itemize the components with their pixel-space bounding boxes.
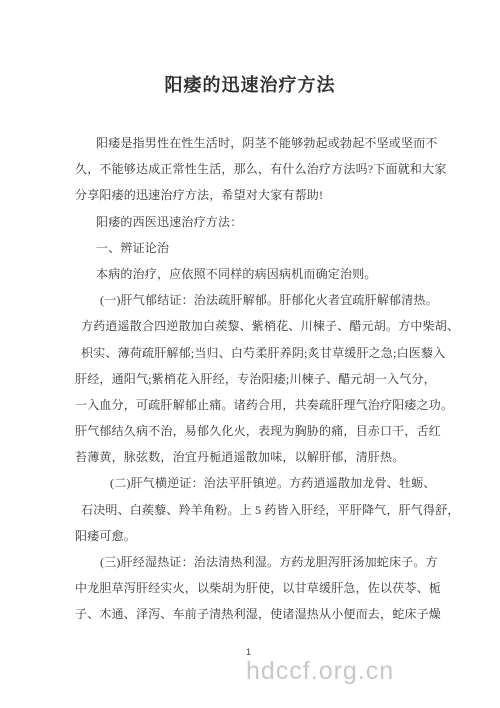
body-line: 一、辨证论治	[0, 235, 500, 261]
document-body: 阳痿是指男性在性生活时，阴茎不能够勃起或勃起不坚或坚而不 久，不能够达成正常性生…	[0, 130, 500, 628]
body-line: (二)肝气横逆证：治法平肝镇逆。方药逍遥散加龙骨、牡蛎、	[0, 470, 500, 496]
body-line: 石决明、白蒺藜、羚羊角粉。上 5 药皆入肝经，平肝降气，肝气得舒，	[0, 497, 500, 523]
body-line: 中龙胆草泻肝经实火，以柴胡为肝使，以甘草缓肝急，佐以茯苓、栀	[0, 575, 500, 601]
watermark-text: hdccf.org.cn	[246, 656, 394, 686]
body-line: 久，不能够达成正常性生活，那么，有什么治疗方法吗?下面就和大家	[0, 156, 500, 182]
body-line: 本病的治疗，应依照不同样的病因病机而确定治则。	[0, 261, 500, 287]
body-line: 方药逍遥散合四逆散加白蒺黎、紫梢花、川楝子、醋元胡。方中柴胡、	[0, 313, 500, 339]
document-page: 阳痿的迅速治疗方法 阳痿是指男性在性生活时，阴茎不能够勃起或勃起不坚或坚而不 久…	[0, 0, 500, 708]
body-line: 一入血分，可疏肝解郁止痛。诸药合用，共奏疏肝理气治疗阳痿之功。	[0, 392, 500, 418]
body-line: 阳痿是指男性在性生活时，阴茎不能够勃起或勃起不坚或坚而不	[0, 130, 500, 156]
body-line: 肝经，通阳气;紫梢花入肝经，专治阳痿;川楝子、醋元胡一入气分，	[0, 366, 500, 392]
body-line: 肝气郁结久病不治，易郁久化火，表现为胸胁的痛，目赤口干，舌红	[0, 418, 500, 444]
body-line: (一)肝气郁结证：治法疏肝解郁。肝郁化火者宜疏肝解郁清热。	[0, 287, 500, 313]
body-line: 枳实、薄荷疏肝解郁;当归、白芍柔肝养阴;炙甘草缓肝之急;白医藜入	[0, 340, 500, 366]
page-title: 阳痿的迅速治疗方法	[0, 71, 500, 97]
body-line: (三)肝经湿热证：治法清热利湿。方药龙胆泻肝汤加蛇床子。方	[0, 549, 500, 575]
body-line: 阳痿的西医迅速治疗方法：	[0, 209, 500, 235]
body-line: 分享阳痿的迅速治疗方法，希望对大家有帮助!	[0, 182, 500, 208]
body-line: 子、木通、泽泻、车前子清热利湿，使诸湿热从小便而去，蛇床子燥	[0, 601, 500, 627]
body-line: 苔薄黄，脉弦数，治宜丹栀逍遥散加味，以解肝郁，清肝热。	[0, 444, 500, 470]
body-line: 阳痿可愈。	[0, 523, 500, 549]
